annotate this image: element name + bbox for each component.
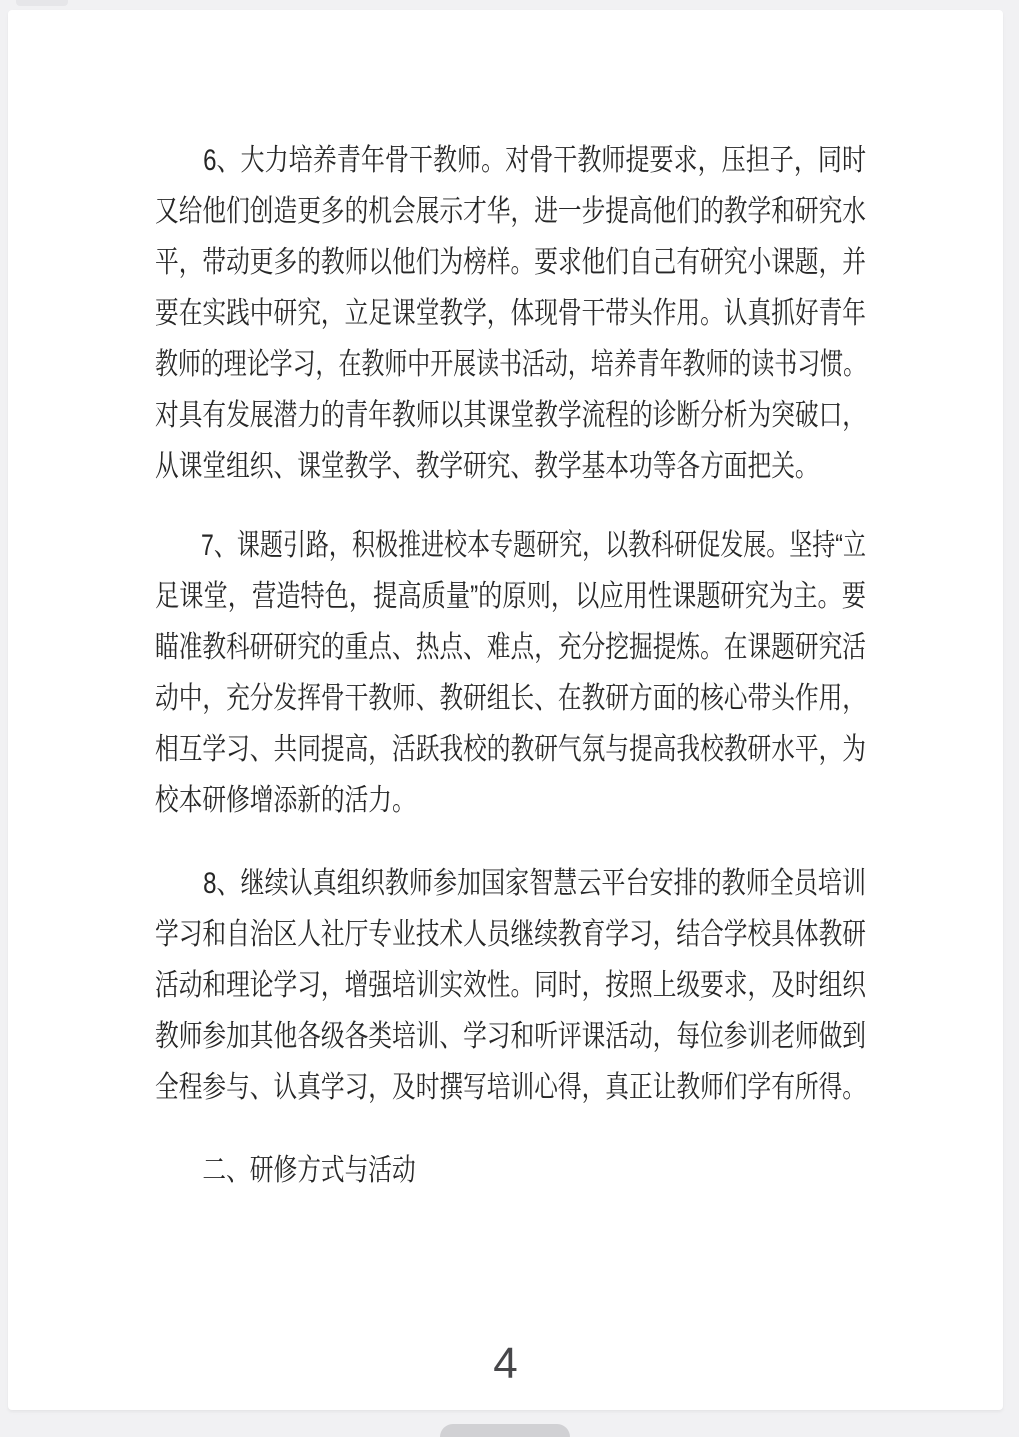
text-line-content: 7、课题引路，积极推进校本专题研究，以教科研促发展。坚持“立 [155, 520, 866, 571]
text-line: 动中，充分发挥骨干教师、教研组长、在教研方面的核心带头作用， [155, 673, 866, 724]
text-line-content: 动中，充分发挥骨干教师、教研组长、在教研方面的核心带头作用， [155, 673, 866, 724]
text-line-content: 相互学习、共同提高，活跃我校的教研气氛与提高我校教研水平，为 [155, 724, 866, 775]
text-line-content: 教师的理论学习，在教师中开展读书活动，培养青年教师的读书习惯。 [155, 339, 866, 390]
previous-page-bottom-edge [16, 0, 68, 6]
text-line: 校本研修增添新的活力。 [155, 775, 866, 826]
document-body: 6、大力培养青年骨干教师。对骨干教师提要求，压担子，同时又给他们创造更多的机会展… [155, 135, 866, 1228]
paragraph-7: 7、课题引路，积极推进校本专题研究，以教科研促发展。坚持“立足课堂，营造特色，提… [155, 520, 866, 826]
text-line: 平，带动更多的教师以他们为榜样。要求他们自己有研究小课题，并 [155, 237, 866, 288]
text-line: 从课堂组织、课堂教学、教学研究、教学基本功等各方面把关。 [155, 441, 866, 492]
text-line-content: 全程参与、认真学习，及时撰写培训心得，真正让教师们学有所得。 [155, 1062, 866, 1113]
text-line: 二、研修方式与活动 [155, 1145, 866, 1196]
text-line-content: 8、继续认真组织教师参加国家智慧云平台安排的教师全员培训 [155, 858, 866, 909]
text-line: 要在实践中研究，立足课堂教学，体现骨干带头作用。认真抓好青年 [155, 288, 866, 339]
bottom-sheet-handle[interactable] [440, 1424, 570, 1437]
text-line: 7、课题引路，积极推进校本专题研究，以教科研促发展。坚持“立 [155, 520, 866, 571]
text-line: 学习和自治区人社厅专业技术人员继续教育学习，结合学校具体教研 [155, 909, 866, 960]
text-line-content: 对具有发展潜力的青年教师以其课堂教学流程的诊断分析为突破口， [155, 390, 866, 441]
text-line: 瞄准教科研研究的重点、热点、难点，充分挖掘提炼。在课题研究活 [155, 622, 866, 673]
text-line: 活动和理论学习，增强培训实效性。同时，按照上级要求，及时组织 [155, 960, 866, 1011]
section-heading: 二、研修方式与活动 [155, 1145, 866, 1196]
paragraph-8: 8、继续认真组织教师参加国家智慧云平台安排的教师全员培训学习和自治区人社厅专业技… [155, 858, 866, 1113]
text-line: 足课堂，营造特色，提高质量”的原则，以应用性课题研究为主。要 [155, 571, 866, 622]
text-line-content: 要在实践中研究，立足课堂教学，体现骨干带头作用。认真抓好青年 [155, 288, 866, 339]
paragraph-6: 6、大力培养青年骨干教师。对骨干教师提要求，压担子，同时又给他们创造更多的机会展… [155, 135, 866, 492]
text-line: 教师参加其他各级各类培训、学习和听评课活动，每位参训老师做到 [155, 1011, 866, 1062]
text-line-content: 二、研修方式与活动 [155, 1145, 416, 1196]
text-line-content: 学习和自治区人社厅专业技术人员继续教育学习，结合学校具体教研 [155, 909, 866, 960]
text-line-content: 平，带动更多的教师以他们为榜样。要求他们自己有研究小课题，并 [155, 237, 866, 288]
text-line-content: 校本研修增添新的活力。 [155, 775, 416, 826]
text-line-content: 6、大力培养青年骨干教师。对骨干教师提要求，压担子，同时 [155, 135, 866, 186]
text-line: 又给他们创造更多的机会展示才华，进一步提高他们的教学和研究水 [155, 186, 866, 237]
text-line: 相互学习、共同提高，活跃我校的教研气氛与提高我校教研水平，为 [155, 724, 866, 775]
text-line-content: 从课堂组织、课堂教学、教学研究、教学基本功等各方面把关。 [155, 441, 819, 492]
text-line-content: 足课堂，营造特色，提高质量”的原则，以应用性课题研究为主。要 [155, 571, 866, 622]
text-line: 对具有发展潜力的青年教师以其课堂教学流程的诊断分析为突破口， [155, 390, 866, 441]
text-line-content: 瞄准教科研研究的重点、热点、难点，充分挖掘提炼。在课题研究活 [155, 622, 866, 673]
text-line-content: 活动和理论学习，增强培训实效性。同时，按照上级要求，及时组织 [155, 960, 866, 1011]
text-line-content: 又给他们创造更多的机会展示才华，进一步提高他们的教学和研究水 [155, 186, 866, 237]
text-line-content: 教师参加其他各级各类培训、学习和听评课活动，每位参训老师做到 [155, 1011, 866, 1062]
text-line: 教师的理论学习，在教师中开展读书活动，培养青年教师的读书习惯。 [155, 339, 866, 390]
page-number: 4 [8, 1342, 1003, 1386]
text-line: 8、继续认真组织教师参加国家智慧云平台安排的教师全员培训 [155, 858, 866, 909]
document-page: 6、大力培养青年骨干教师。对骨干教师提要求，压担子，同时又给他们创造更多的机会展… [8, 10, 1003, 1410]
text-line: 6、大力培养青年骨干教师。对骨干教师提要求，压担子，同时 [155, 135, 866, 186]
text-line: 全程参与、认真学习，及时撰写培训心得，真正让教师们学有所得。 [155, 1062, 866, 1113]
